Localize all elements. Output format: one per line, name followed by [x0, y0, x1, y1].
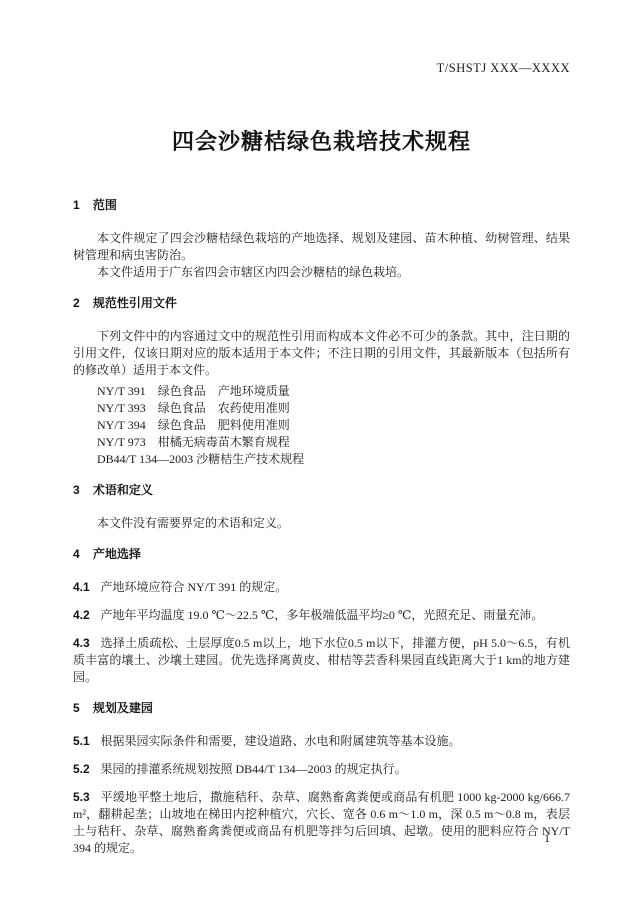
section-title: 规划及建园 — [93, 701, 153, 715]
reference-item: DB44/T 134—2003 沙糖桔生产技术规程 — [73, 451, 570, 468]
section-heading-terms-definitions: 3术语和定义 — [73, 482, 570, 499]
clause-text: 果园的排灌系统规划按照 DB44/T 134—2003 的规定执行。 — [100, 762, 406, 776]
doc-code: T/SHSTJ XXX—XXXX — [73, 60, 570, 77]
reference-list: NY/T 391 绿色食品 产地环境质量 NY/T 393 绿色食品 农药使用准… — [73, 383, 570, 468]
clause-number: 5.1 — [73, 734, 90, 748]
section-title: 术语和定义 — [93, 483, 153, 497]
clause-text: 产地年平均温度 19.0 ℃～22.5 ℃，多年极端低温平均≥0 ℃，光照充足、… — [100, 608, 543, 622]
reference-item: NY/T 973 柑橘无病毒苗木繁育规程 — [73, 434, 570, 451]
section-heading-normative-references: 2规范性引用文件 — [73, 295, 570, 312]
section-heading-scope: 1范围 — [73, 197, 570, 214]
section-number: 3 — [73, 482, 80, 499]
paragraph-normative-references: 下列文件中的内容通过文中的规范性引用而构成本文件必不可少的条款。其中，注日期的引… — [73, 328, 570, 379]
section-title: 规范性引用文件 — [93, 296, 177, 310]
clause-number: 5.3 — [73, 790, 90, 804]
section-heading-site-selection: 4产地选择 — [73, 546, 570, 563]
section-title: 产地选择 — [93, 547, 141, 561]
document-page: T/SHSTJ XXX—XXXX 四会沙糖桔绿色栽培技术规程 1范围 本文件规定… — [0, 0, 640, 905]
section-number: 5 — [73, 700, 80, 717]
clause-4-3: 4.3选择土质疏松、土层厚度0.5 m以上，地下水位0.5 m以下，排灌方便，p… — [73, 635, 570, 686]
section-number: 4 — [73, 546, 80, 563]
reference-item: NY/T 393 绿色食品 农药使用准则 — [73, 400, 570, 417]
page-number: 1 — [544, 831, 550, 845]
document-title: 四会沙糖桔绿色栽培技术规程 — [73, 129, 570, 155]
clause-number: 4.3 — [73, 636, 90, 650]
clause-4-2: 4.2产地年平均温度 19.0 ℃～22.5 ℃，多年极端低温平均≥0 ℃，光照… — [73, 607, 570, 624]
clause-5-3: 5.3平缓地平整土地后，撒施秸秆、杂草、腐熟畜禽粪便或商品有机肥 1000 kg… — [73, 789, 570, 857]
clause-number: 4.2 — [73, 608, 90, 622]
clause-5-1: 5.1根据果园实际条件和需要，建设道路、水电和附属建筑等基本设施。 — [73, 733, 570, 750]
section-title: 范围 — [93, 198, 117, 212]
reference-item: NY/T 391 绿色食品 产地环境质量 — [73, 383, 570, 400]
clause-4-1: 4.1产地环境应符合 NY/T 391 的规定。 — [73, 579, 570, 596]
clause-text: 平缓地平整土地后，撒施秸秆、杂草、腐熟畜禽粪便或商品有机肥 1000 kg-20… — [73, 790, 570, 855]
section-heading-planning-orchard: 5规划及建园 — [73, 700, 570, 717]
clause-number: 4.1 — [73, 580, 90, 594]
paragraph-terms-definitions: 本文件没有需要界定的术语和定义。 — [73, 515, 570, 532]
clause-number: 5.2 — [73, 762, 90, 776]
paragraph-scope-1: 本文件规定了四会沙糖桔绿色栽培的产地选择、规划及建园、苗木种植、幼树管理、结果树… — [73, 230, 570, 264]
reference-item: NY/T 394 绿色食品 肥料使用准则 — [73, 417, 570, 434]
clause-text: 产地环境应符合 NY/T 391 的规定。 — [100, 580, 287, 594]
clause-5-2: 5.2果园的排灌系统规划按照 DB44/T 134—2003 的规定执行。 — [73, 761, 570, 778]
clause-text: 根据果园实际条件和需要，建设道路、水电和附属建筑等基本设施。 — [100, 734, 460, 748]
clause-text: 选择土质疏松、土层厚度0.5 m以上，地下水位0.5 m以下，排灌方便，pH 5… — [73, 636, 570, 684]
paragraph-scope-2: 本文件适用于广东省四会市辖区内四会沙糖桔的绿色栽培。 — [73, 264, 570, 281]
section-number: 2 — [73, 295, 80, 312]
section-number: 1 — [73, 197, 80, 214]
